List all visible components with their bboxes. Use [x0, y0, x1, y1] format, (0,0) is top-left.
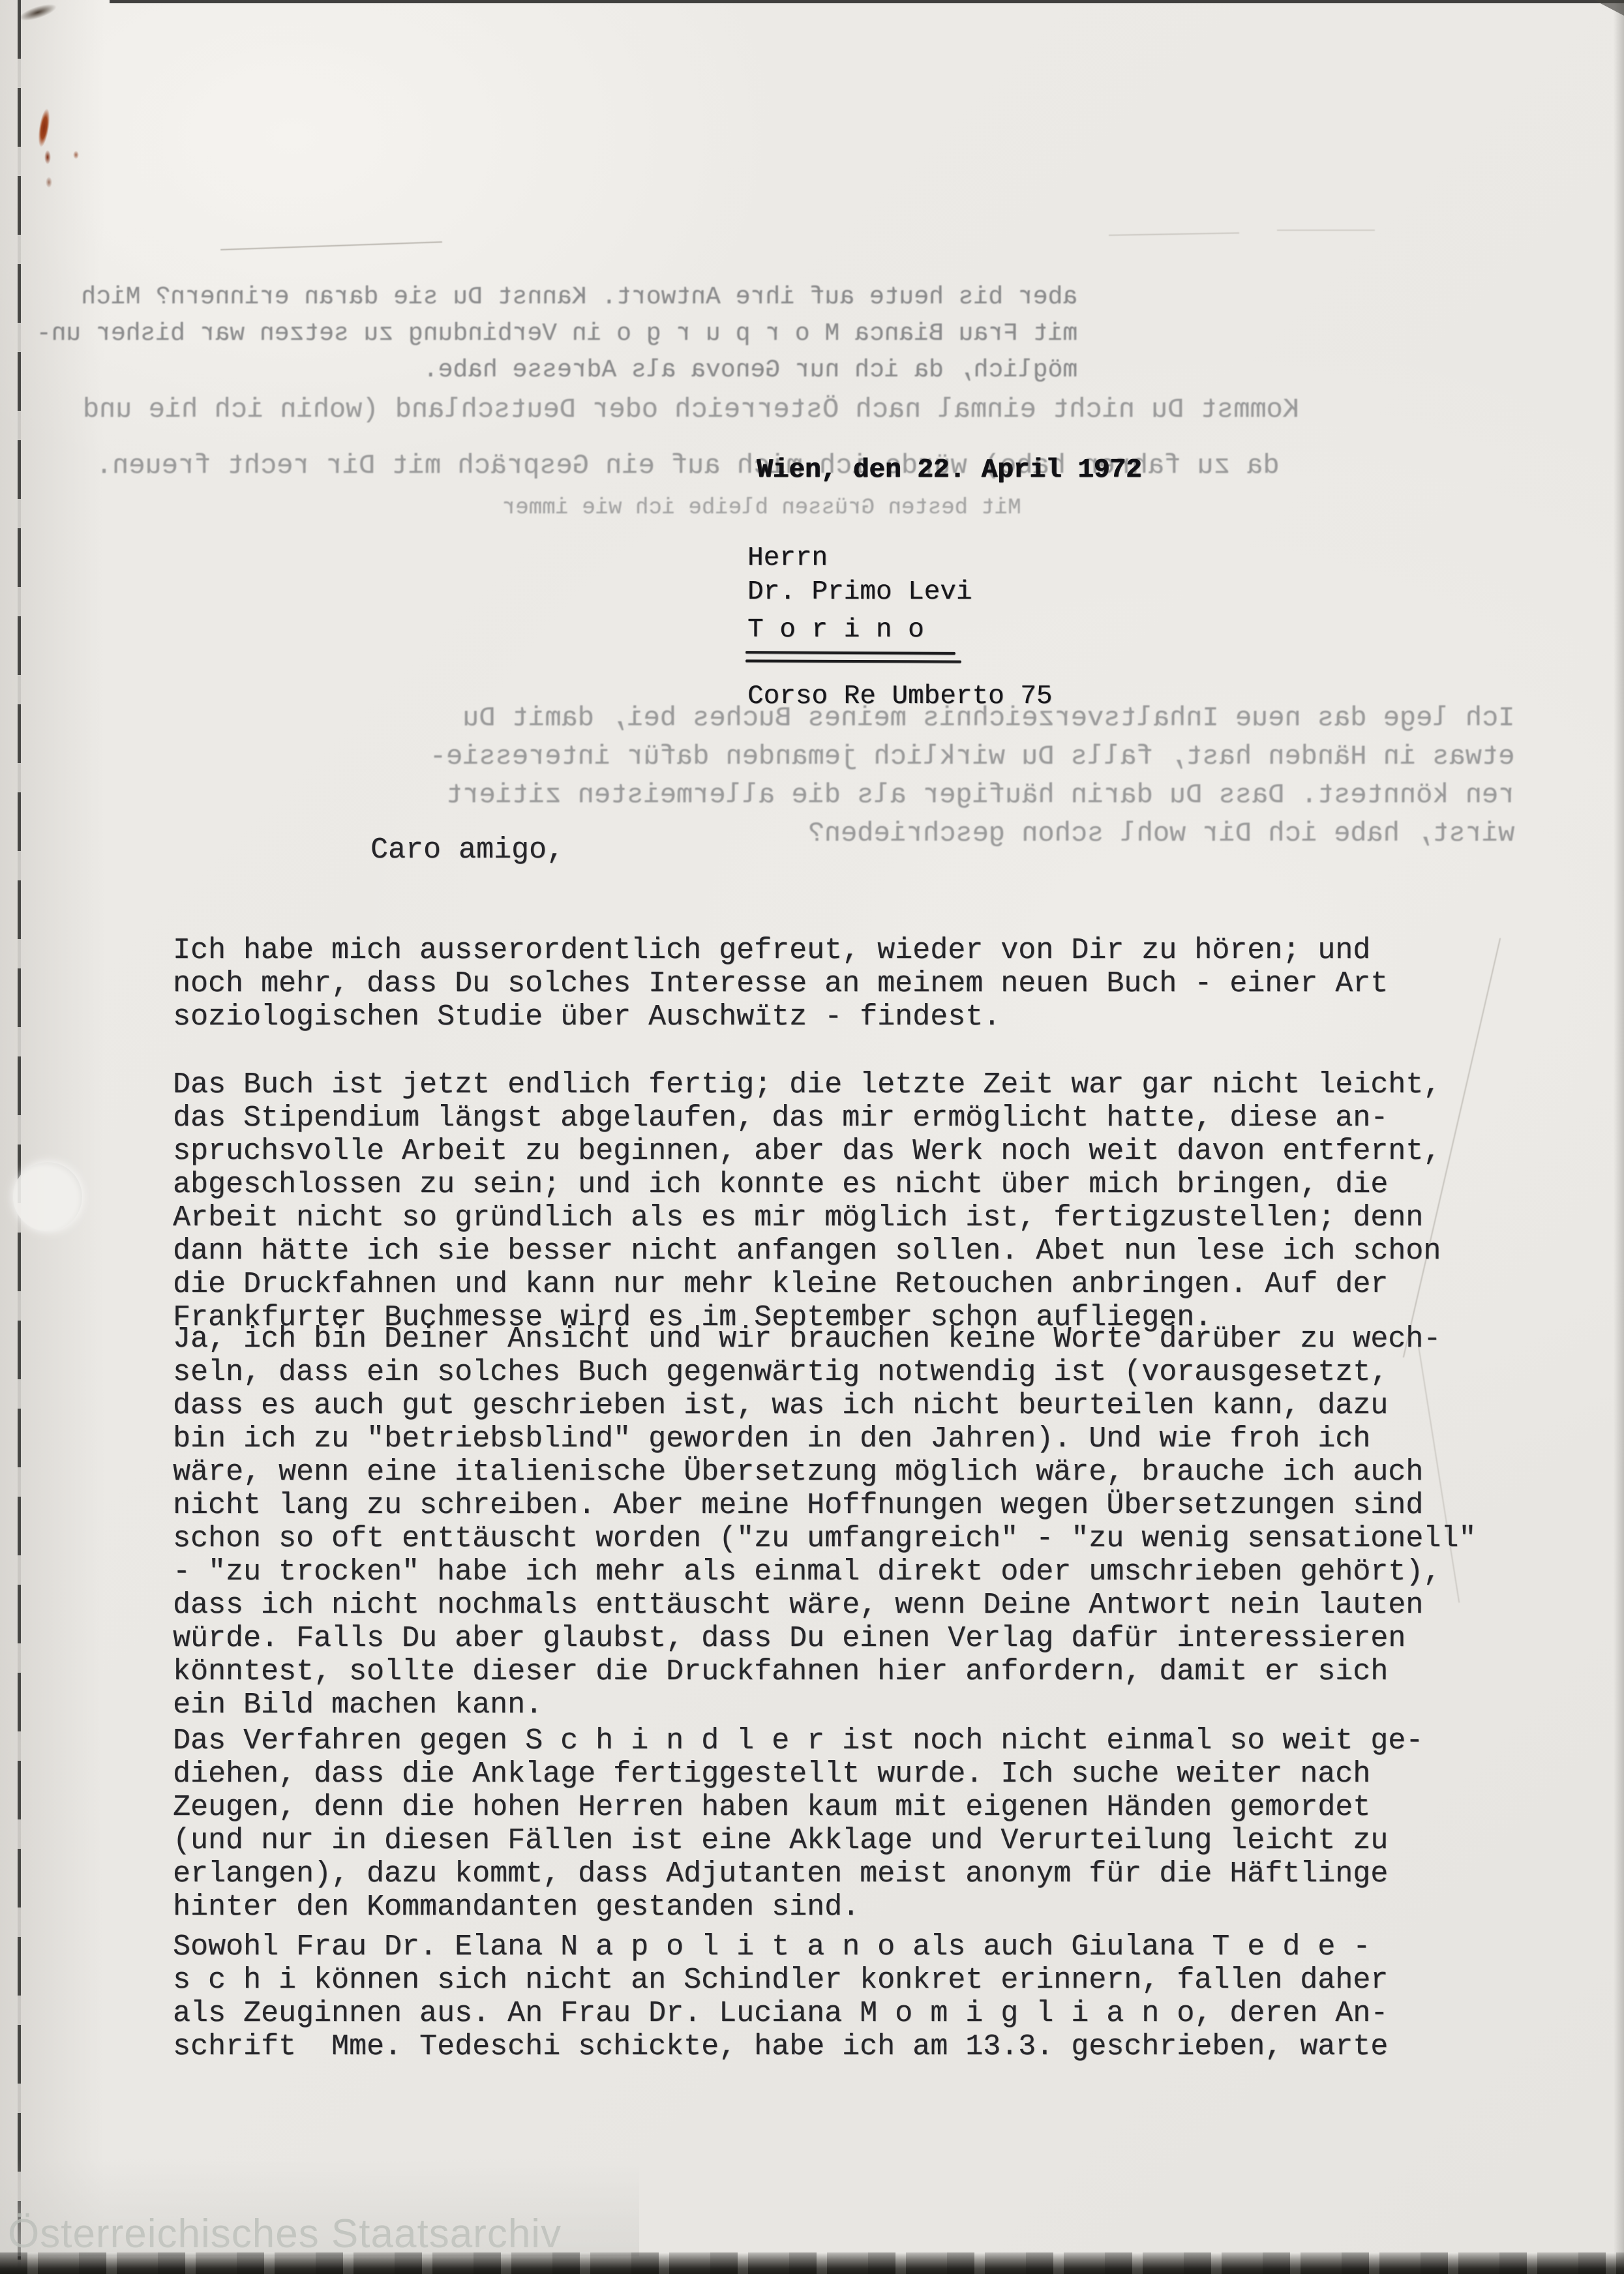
crease-line	[1277, 230, 1375, 231]
date-line: Wien, den 22. April 1972	[757, 455, 1142, 485]
scan-right-shading	[1614, 0, 1624, 2274]
scan-bottom-edge	[0, 2252, 1624, 2274]
scan-left-edge	[18, 0, 21, 2274]
body-paragraph-3: Ja, ich bin Deiner Ansicht und wir brauc…	[173, 1323, 1476, 1722]
crease-line	[1109, 232, 1239, 235]
city-underline	[745, 651, 955, 655]
recipient-title: Herrn	[747, 545, 828, 572]
recipient-city: T o r i n o	[747, 617, 924, 644]
body-paragraph-4: Das Verfahren gegen S c h i n d l e r is…	[173, 1724, 1423, 1924]
scan-top-edge	[110, 0, 1624, 3]
body-paragraph-5: Sowohl Frau Dr. Elana N a p o l i t a n …	[173, 1930, 1388, 2063]
bleedthrough-paragraph: Ich lege das neue Inhaltsverzeichnis mei…	[430, 699, 1514, 853]
scan-bottom-shading	[0, 2159, 639, 2256]
city-underline	[745, 659, 961, 663]
salutation: Caro amigo,	[370, 833, 564, 867]
recipient-name: Dr. Primo Levi	[747, 579, 972, 606]
bleedthrough-closing: Mit besten Grüssen bleibe ich wie immer	[502, 496, 1021, 520]
body-paragraph-2: Das Buch ist jetzt endlich fertig; die l…	[173, 1068, 1441, 1334]
hole-punch	[13, 1162, 82, 1231]
scanned-letter-page: aber bis heute auf ihre Antwort. Kannst …	[0, 0, 1624, 2274]
body-paragraph-1: Ich habe mich ausserordentlich gefreut, …	[173, 934, 1388, 1034]
recipient-street: Corso Re Umberto 75	[747, 683, 1052, 710]
bleedthrough-line: Kommst Du nicht einmal nach Österreich o…	[83, 394, 1299, 425]
bleedthrough-paragraph: aber bis heute auf ihre Antwort. Kannst …	[37, 279, 1077, 389]
crease-line	[220, 241, 442, 250]
